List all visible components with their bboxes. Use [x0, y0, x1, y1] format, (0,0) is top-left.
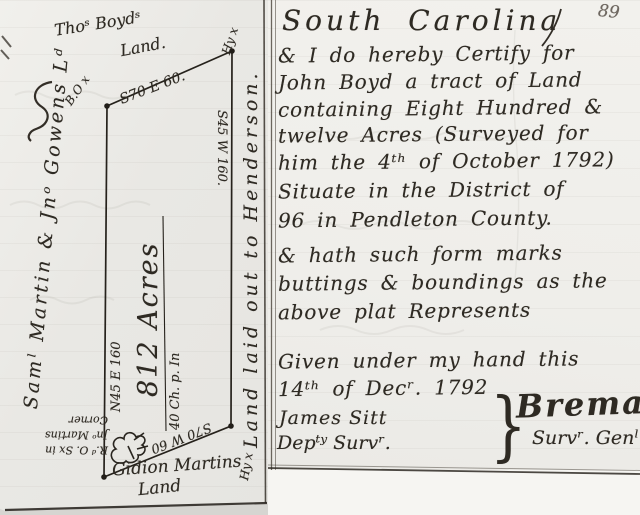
corner-mark-top-right: Hy x — [219, 26, 241, 57]
deputy-surveyor-title: Depᵗʸ Survʳ. — [277, 432, 391, 454]
certificate-line: 96 in Pendleton County. — [278, 206, 553, 233]
certificate-line: twelve Acres (Surveyed for — [278, 120, 589, 147]
bearing-top-edge: S70 E 60. — [117, 68, 187, 108]
page-number: 89 — [597, 1, 621, 23]
bearing-left-edge: N45 E 160 — [109, 342, 124, 412]
adjoining-owner-north-2: Land. — [119, 33, 168, 60]
certificate-line: & I do hereby Certify for — [278, 40, 575, 67]
certificate-heading: South Carolina — [282, 4, 561, 37]
adjoining-owner-south-2: Land — [137, 476, 182, 500]
certificate-line: & hath such form marks — [278, 241, 563, 268]
acreage-label: 812 Acres — [133, 242, 164, 397]
certificate-line: buttings & boundings as the — [278, 268, 608, 295]
certificate-line: 14ᵗʰ of Decʳ. 1792 — [278, 375, 488, 401]
certificate-line: him the 4ᵗʰ of October 1792) — [278, 147, 615, 175]
bearing-right-edge: S45 W 160. — [214, 110, 229, 186]
corner-mark-bottom-left-line2: Jnᵒ Martins — [14, 427, 108, 442]
corner-mark-bottom-left-line1: R.ᵈ O. Sx in — [14, 442, 108, 457]
adjoining-owner-north: Thoˢ Boydˢ — [53, 7, 142, 39]
corner-mark-bottom-left: R.ᵈ O. Sx in Jnᵒ Martins Corner — [14, 412, 108, 457]
certificate-line: John Boyd a tract of Land — [278, 67, 583, 94]
scale-label: 40 Ch. p. In — [168, 353, 183, 430]
certificate-line: above plat Represents — [278, 298, 531, 325]
certificate-line: Situate in the District of — [278, 177, 565, 204]
deputy-surveyor-signature: James Sitt — [279, 407, 387, 429]
adjoining-owner-east: Land laid out to Henderson. — [240, 69, 262, 448]
scanned-document: South Carolina 89 & I do hereby Certify … — [0, 0, 640, 515]
surveyor-general-signature: Bremar — [515, 382, 640, 425]
surveyor-general-title: Survʳ. Genˡ. — [532, 427, 640, 449]
corner-mark-bottom-left-line3: Corner — [14, 412, 108, 427]
certificate-line: Given under my hand this — [278, 346, 580, 373]
certificate-line: containing Eight Hundred & — [278, 94, 603, 121]
